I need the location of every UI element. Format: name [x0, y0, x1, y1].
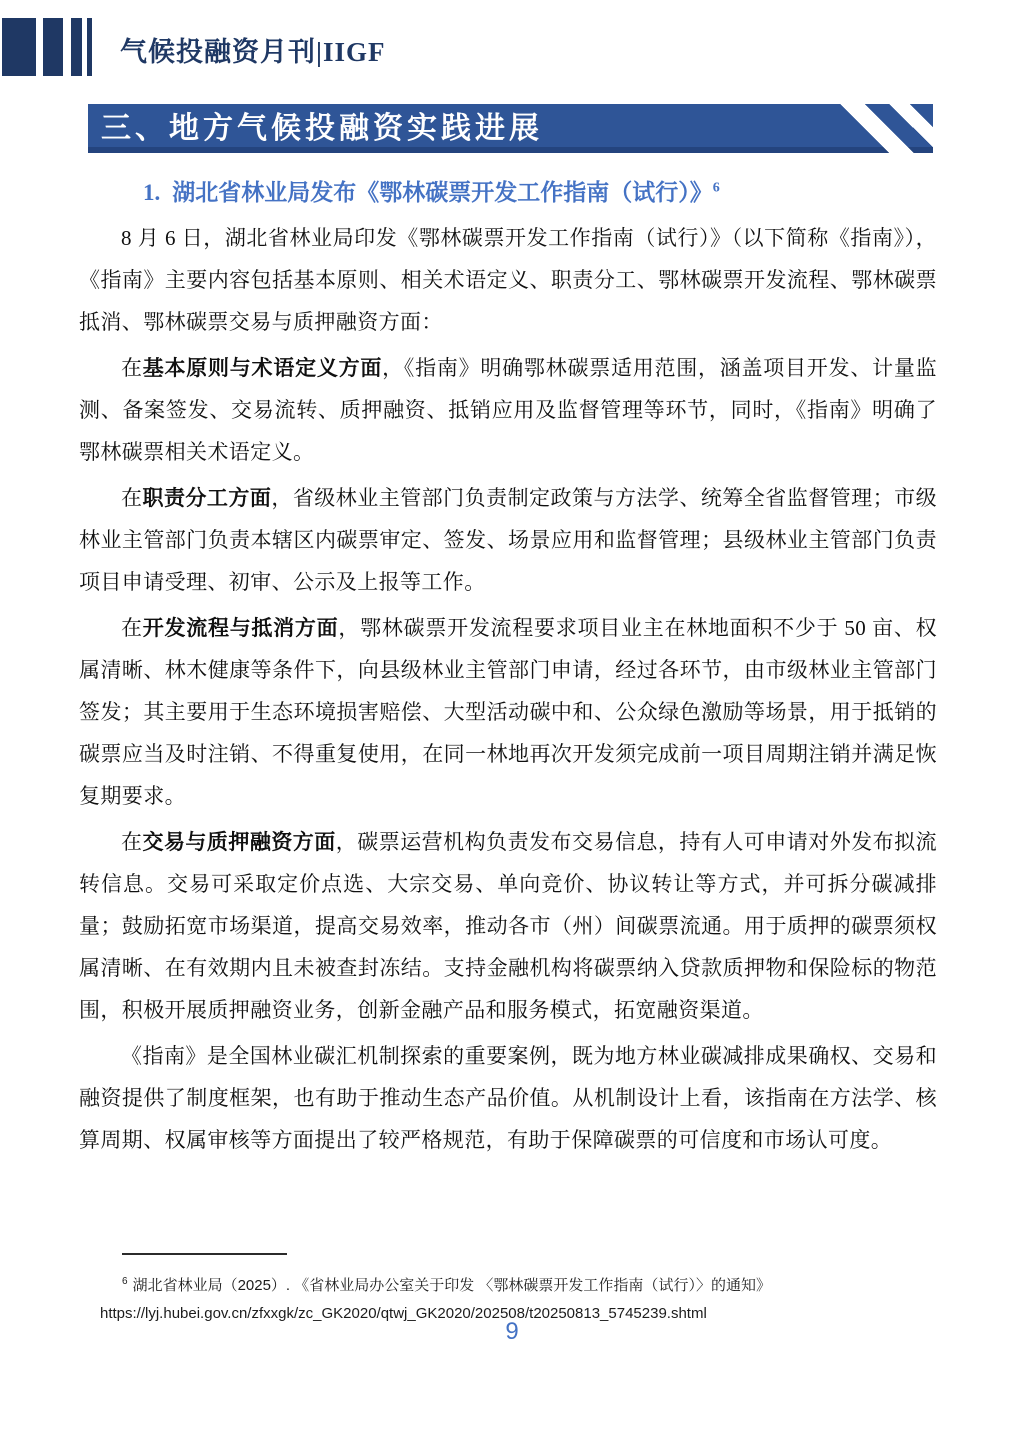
- paragraph-bold-lead: 交易与质押融资方面: [142, 830, 335, 854]
- masthead-title: 气候投融资月刊|IIGF: [120, 30, 385, 69]
- page-number: 9: [0, 1318, 1024, 1346]
- footnote-separator: [122, 1253, 287, 1255]
- section-title: 湖北省林业局发布《鄂林碳票开发工作指南（试行）》: [172, 180, 713, 205]
- paragraph-bold-lead: 开发流程与抵消方面: [143, 616, 339, 640]
- footnote-marker: 6: [122, 1276, 128, 1287]
- paragraph-text: 《指南》是全国林业碳汇机制探索的重要案例，既为地方林业碳减排成果确权、交易和融资…: [79, 1044, 937, 1152]
- brand-bar-icon: [2, 18, 36, 76]
- footnote-text: 湖北省林业局（2025）. 《省林业局办公室关于印发 〈鄂林碳票开发工作指南（试…: [133, 1277, 771, 1294]
- paragraph: 在交易与质押融资方面，碳票运营机构负责发布交易信息，持有人可申请对外发布拟流转信…: [79, 821, 937, 1031]
- paragraph-prefix: 在: [121, 616, 143, 640]
- paragraph: 《指南》是全国林业碳汇机制探索的重要案例，既为地方林业碳减排成果确权、交易和融资…: [79, 1035, 937, 1161]
- paragraph-prefix: 在: [121, 830, 142, 854]
- paragraph: 在职责分工方面，省级林业主管部门负责制定政策与方法学、统筹全省监督管理；市级林业…: [79, 477, 937, 603]
- section-number: 1.: [143, 180, 160, 205]
- brand-bar-icon: [43, 18, 63, 76]
- paragraph-text: 8 月 6 日，湖北省林业局印发《鄂林碳票开发工作指南（试行）》（以下简称《指南…: [79, 226, 937, 334]
- chapter-banner: 三、地方气候投融资实践进展: [88, 104, 933, 153]
- brand-bar-icon: [71, 18, 82, 76]
- paragraph-prefix: 在: [121, 356, 143, 380]
- paragraph-bold-lead: 职责分工方面: [142, 486, 271, 510]
- footnote-text-line: 6湖北省林业局（2025）. 《省林业局办公室关于印发 〈鄂林碳票开发工作指南（…: [100, 1268, 940, 1300]
- brand-bar-icon: [87, 18, 92, 76]
- paragraph-prefix: 在: [121, 486, 142, 510]
- article-body: 8 月 6 日，湖北省林业局印发《鄂林碳票开发工作指南（试行）》（以下简称《指南…: [79, 217, 937, 1165]
- section-heading: 1.湖北省林业局发布《鄂林碳票开发工作指南（试行）》6: [143, 174, 720, 207]
- diagonal-stripes-icon: [837, 104, 933, 153]
- paragraph-text: ，鄂林碳票开发流程要求项目业主在林地面积不少于 50 亩、权属清晰、林木健康等条…: [79, 616, 937, 808]
- paragraph: 8 月 6 日，湖北省林业局印发《鄂林碳票开发工作指南（试行）》（以下简称《指南…: [79, 217, 937, 343]
- paragraph: 在开发流程与抵消方面，鄂林碳票开发流程要求项目业主在林地面积不少于 50 亩、权…: [79, 607, 937, 817]
- footnote-reference: 6: [713, 180, 720, 195]
- paragraph-bold-lead: 基本原则与术语定义方面: [143, 356, 382, 380]
- paragraph: 在基本原则与术语定义方面，《指南》明确鄂林碳票适用范围，涵盖项目开发、计量监测、…: [79, 347, 937, 473]
- document-page: 气候投融资月刊|IIGF 三、地方气候投融资实践进展 1.湖北省林业局发布《鄂林…: [0, 0, 1024, 1447]
- chapter-banner-title: 三、地方气候投融资实践进展: [101, 104, 543, 153]
- paragraph-text: ，碳票运营机构负责发布交易信息，持有人可申请对外发布拟流转信息。交易可采取定价点…: [79, 830, 937, 1022]
